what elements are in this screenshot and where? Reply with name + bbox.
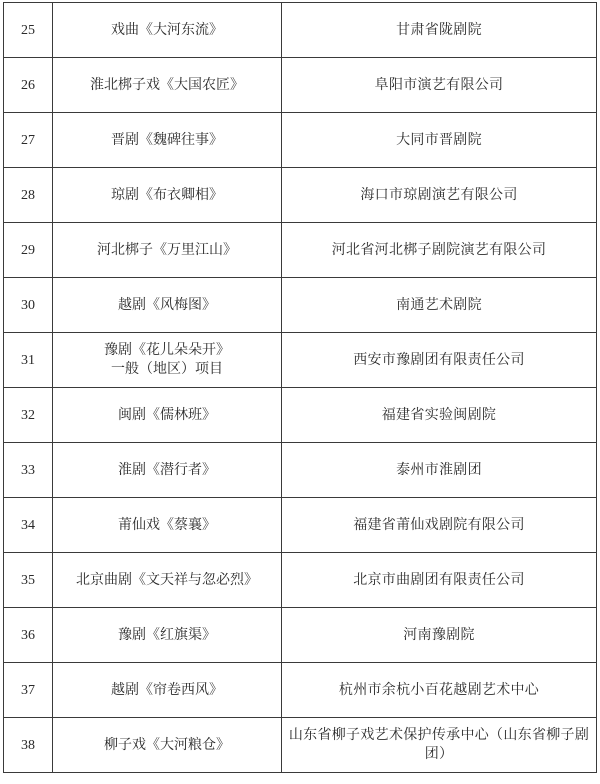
organization: 泰州市淮剧团 [282,443,597,498]
table-row: 28 琼剧《布衣卿相》 海口市琼剧演艺有限公司 [4,168,597,223]
project-table: 25 戏曲《大河东流》 甘肃省陇剧院 26 淮北梆子戏《大国农匠》 阜阳市演艺有… [3,2,597,773]
organization: 甘肃省陇剧院 [282,3,597,58]
organization: 福建省莆仙戏剧院有限公司 [282,498,597,553]
work-title: 北京曲剧《文天祥与忽必烈》 [53,553,282,608]
table-row: 27 晋剧《魏碑往事》 大同市晋剧院 [4,113,597,168]
organization: 杭州市余杭小百花越剧艺术中心 [282,663,597,718]
work-title: 琼剧《布衣卿相》 [53,168,282,223]
row-number: 29 [4,223,53,278]
table-row: 38 柳子戏《大河粮仓》 山东省柳子戏艺术保护传承中心（山东省柳子剧团） [4,718,597,773]
row-number: 37 [4,663,53,718]
row-number: 38 [4,718,53,773]
organization: 河南豫剧院 [282,608,597,663]
organization: 山东省柳子戏艺术保护传承中心（山东省柳子剧团） [282,718,597,773]
work-title: 柳子戏《大河粮仓》 [53,718,282,773]
row-number: 32 [4,388,53,443]
work-title: 淮北梆子戏《大国农匠》 [53,58,282,113]
row-number: 34 [4,498,53,553]
work-title: 豫剧《花儿朵朵开》 [57,341,277,360]
organization: 南通艺术剧院 [282,278,597,333]
table-row: 33 淮剧《潜行者》 泰州市淮剧团 [4,443,597,498]
table-row: 29 河北梆子《万里江山》 河北省河北梆子剧院演艺有限公司 [4,223,597,278]
work-title: 莆仙戏《蔡襄》 [53,498,282,553]
work-title: 淮剧《潜行者》 [53,443,282,498]
organization: 阜阳市演艺有限公司 [282,58,597,113]
row-number: 35 [4,553,53,608]
row-number: 30 [4,278,53,333]
work-title: 河北梆子《万里江山》 [53,223,282,278]
work-cell: 豫剧《花儿朵朵开》 一般（地区）项目 [53,333,282,388]
work-title: 越剧《风梅图》 [53,278,282,333]
organization: 大同市晋剧院 [282,113,597,168]
table-row: 30 越剧《风梅图》 南通艺术剧院 [4,278,597,333]
organization: 西安市豫剧团有限责任公司 [282,333,597,388]
table-row: 37 越剧《帘卷西风》 杭州市余杭小百花越剧艺术中心 [4,663,597,718]
row-number: 26 [4,58,53,113]
row-number: 36 [4,608,53,663]
work-title: 戏曲《大河东流》 [53,3,282,58]
row-number: 25 [4,3,53,58]
work-title: 闽剧《儒林班》 [53,388,282,443]
work-title: 晋剧《魏碑往事》 [53,113,282,168]
row-number: 31 [4,333,53,388]
organization: 北京市曲剧团有限责任公司 [282,553,597,608]
table-row: 35 北京曲剧《文天祥与忽必烈》 北京市曲剧团有限责任公司 [4,553,597,608]
organization: 福建省实验闽剧院 [282,388,597,443]
row-number: 27 [4,113,53,168]
table-row: 26 淮北梆子戏《大国农匠》 阜阳市演艺有限公司 [4,58,597,113]
work-note: 一般（地区）项目 [57,360,277,379]
table-row: 34 莆仙戏《蔡襄》 福建省莆仙戏剧院有限公司 [4,498,597,553]
work-title: 越剧《帘卷西风》 [53,663,282,718]
work-title: 豫剧《红旗渠》 [53,608,282,663]
table-row: 31 豫剧《花儿朵朵开》 一般（地区）项目 西安市豫剧团有限责任公司 [4,333,597,388]
organization: 海口市琼剧演艺有限公司 [282,168,597,223]
table-row: 25 戏曲《大河东流》 甘肃省陇剧院 [4,3,597,58]
table-row: 36 豫剧《红旗渠》 河南豫剧院 [4,608,597,663]
row-number: 28 [4,168,53,223]
row-number: 33 [4,443,53,498]
organization: 河北省河北梆子剧院演艺有限公司 [282,223,597,278]
table-row: 32 闽剧《儒林班》 福建省实验闽剧院 [4,388,597,443]
